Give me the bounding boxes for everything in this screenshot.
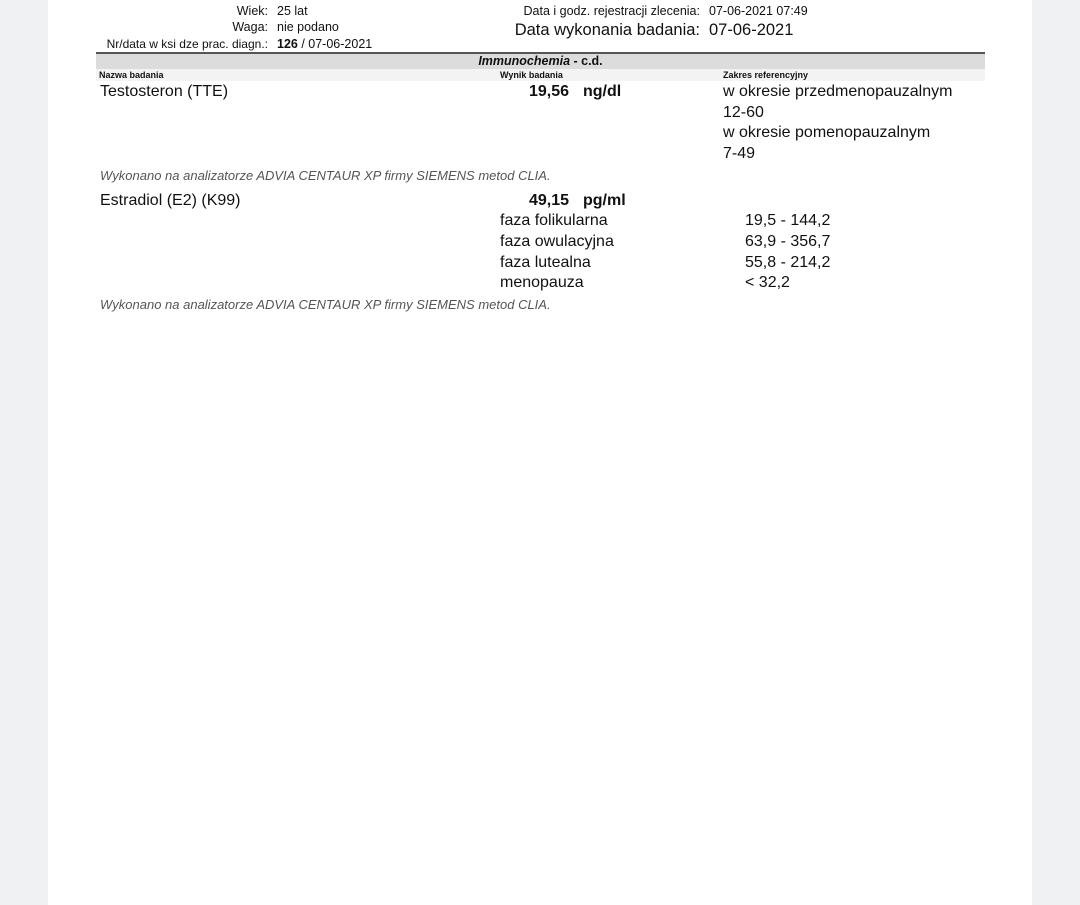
section-header: Immunochemia - c.d.: [96, 52, 985, 70]
phase-label: faza owulacyjna: [500, 232, 614, 253]
phase-range: 55,8 - 214,2: [745, 253, 830, 274]
book-number: 126: [277, 37, 298, 51]
reference-line: w okresie pomenopauzalnym: [723, 123, 930, 144]
section-title: Immunochemia - c.d.: [96, 54, 985, 69]
phase-range: 63,9 - 356,7: [745, 232, 830, 253]
phase-label: menopauza: [500, 273, 584, 294]
book-date: / 07-06-2021: [298, 37, 372, 51]
weight-label: Waga:: [232, 20, 268, 35]
registration-value: 07-06-2021 07:49: [709, 4, 808, 19]
result-unit-testosterone: ng/dl: [583, 82, 621, 102]
exam-date-label: Data wykonania badania:: [515, 20, 700, 40]
analyzer-note: Wykonano na analizatorze ADVIA CENTAUR X…: [100, 297, 551, 313]
phase-label: faza lutealna: [500, 253, 591, 274]
result-value-estradiol: 49,15: [529, 191, 569, 211]
book-label: Nr/data w ksi dze prac. diagn.:: [107, 37, 268, 52]
column-header-name: Nazwa badania: [99, 69, 164, 81]
phase-label: faza folikularna: [500, 211, 608, 232]
reference-line: w okresie przedmenopauzalnym: [723, 82, 952, 103]
phase-range: < 32,2: [745, 273, 790, 294]
registration-label: Data i godz. rejestracji zlecenia:: [524, 4, 700, 19]
reference-line: 12-60: [723, 103, 764, 124]
test-name-estradiol: Estradiol (E2) (K99): [100, 191, 241, 211]
test-name-testosterone: Testosteron (TTE): [100, 82, 228, 102]
weight-value: nie podano: [277, 20, 339, 35]
age-label: Wiek:: [237, 4, 268, 19]
reference-line: 7-49: [723, 144, 755, 165]
analyzer-note: Wykonano na analizatorze ADVIA CENTAUR X…: [100, 168, 551, 184]
result-value-testosterone: 19,56: [529, 82, 569, 102]
column-header-result: Wynik badania: [500, 69, 563, 81]
exam-date-value: 07-06-2021: [709, 20, 793, 40]
phase-range: 19,5 - 144,2: [745, 211, 830, 232]
age-value: 25 lat: [277, 4, 308, 19]
column-header-reference: Zakres referencyjny: [723, 69, 808, 81]
book-entry: 126 / 07-06-2021: [277, 37, 372, 52]
result-unit-estradiol: pg/ml: [583, 191, 626, 211]
